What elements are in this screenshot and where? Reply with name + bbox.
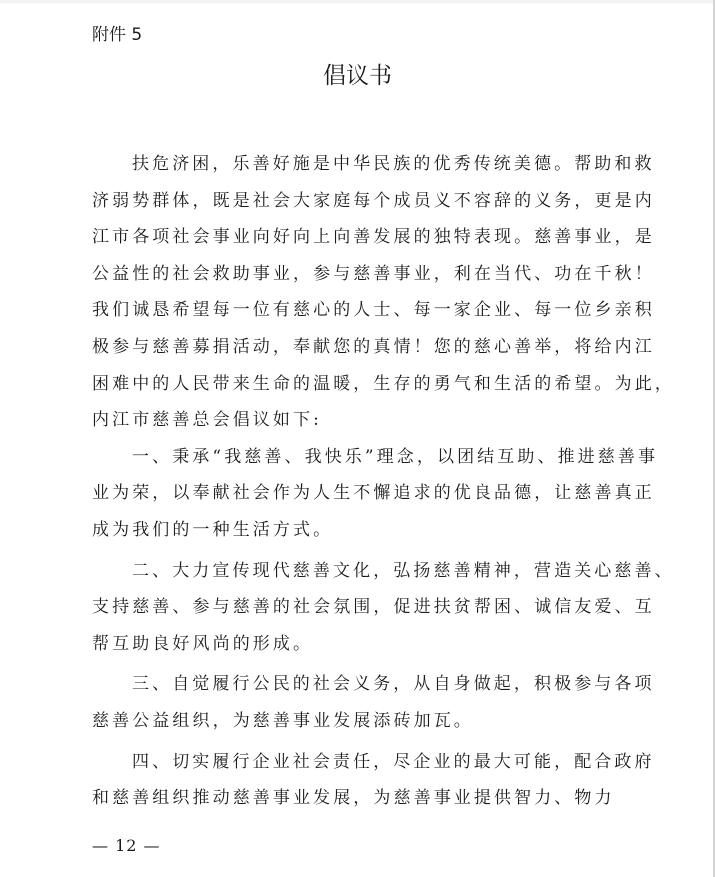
proposal-item-3-line: 三、自觉履行公民的社会义务，从自身做起，积极参与各项 — [92, 666, 662, 703]
body-line: 困难中的人民带来生命的温暖，生存的勇气和生活的希望。为此， — [92, 366, 662, 403]
proposal-item-1-line: 成为我们的一种生活方式。 — [92, 512, 662, 549]
page-number: — 12 — — [92, 836, 161, 855]
body-line: 极参与慈善募捐活动，奉献您的真情！您的慈心善举，将给内江 — [92, 329, 662, 366]
body-line: 内江市慈善总会倡议如下: — [92, 402, 662, 439]
body-line: 江市各项社会事业向好向上向善发展的独特表现。慈善事业，是 — [92, 219, 662, 256]
body-line: 济弱势群体，既是社会大家庭每个成员义不容辞的义务，更是内 — [92, 183, 662, 220]
proposal-item-4-line: 四、切实履行企业社会责任，尽企业的最大可能，配合政府 — [92, 744, 662, 781]
document-title: 倡议书 — [0, 57, 715, 90]
proposal-item-3-line: 慈善公益组织，为慈善事业发展添砖加瓦。 — [92, 703, 662, 740]
body-line: 扶危济困，乐善好施是中华民族的优秀传统美德。帮助和救 — [92, 146, 662, 183]
proposal-item-1-line: 一、秉承“我慈善、我快乐”理念，以团结互助、推进慈善事 — [92, 439, 662, 476]
proposal-item-1-line: 业为荣，以奉献社会作为人生不懈追求的优良品德，让慈善真正 — [92, 475, 662, 512]
proposal-item-2-line: 帮互助良好风尚的形成。 — [92, 626, 662, 663]
body-line: 我们诚恳希望每一位有慈心的人士、每一家企业、每一位乡亲积 — [92, 292, 662, 329]
attachment-label: 附件 5 — [92, 20, 142, 45]
body-line: 公益性的社会救助事业，参与慈善事业，利在当代、功在千秋！ — [92, 256, 662, 293]
document-body: 扶危济困，乐善好施是中华民族的优秀传统美德。帮助和救 济弱势群体，既是社会大家庭… — [92, 146, 662, 817]
proposal-item-2-line: 支持慈善、参与慈善的社会氛围，促进扶贫帮困、诚信友爱、互 — [92, 589, 662, 626]
page-top-edge — [0, 0, 715, 3]
proposal-item-2-line: 二、大力宣传现代慈善文化，弘扬慈善精神，营造关心慈善、 — [92, 553, 662, 590]
proposal-item-4-line: 和慈善组织推动慈善事业发展，为慈善事业提供智力、物力 — [92, 780, 662, 817]
